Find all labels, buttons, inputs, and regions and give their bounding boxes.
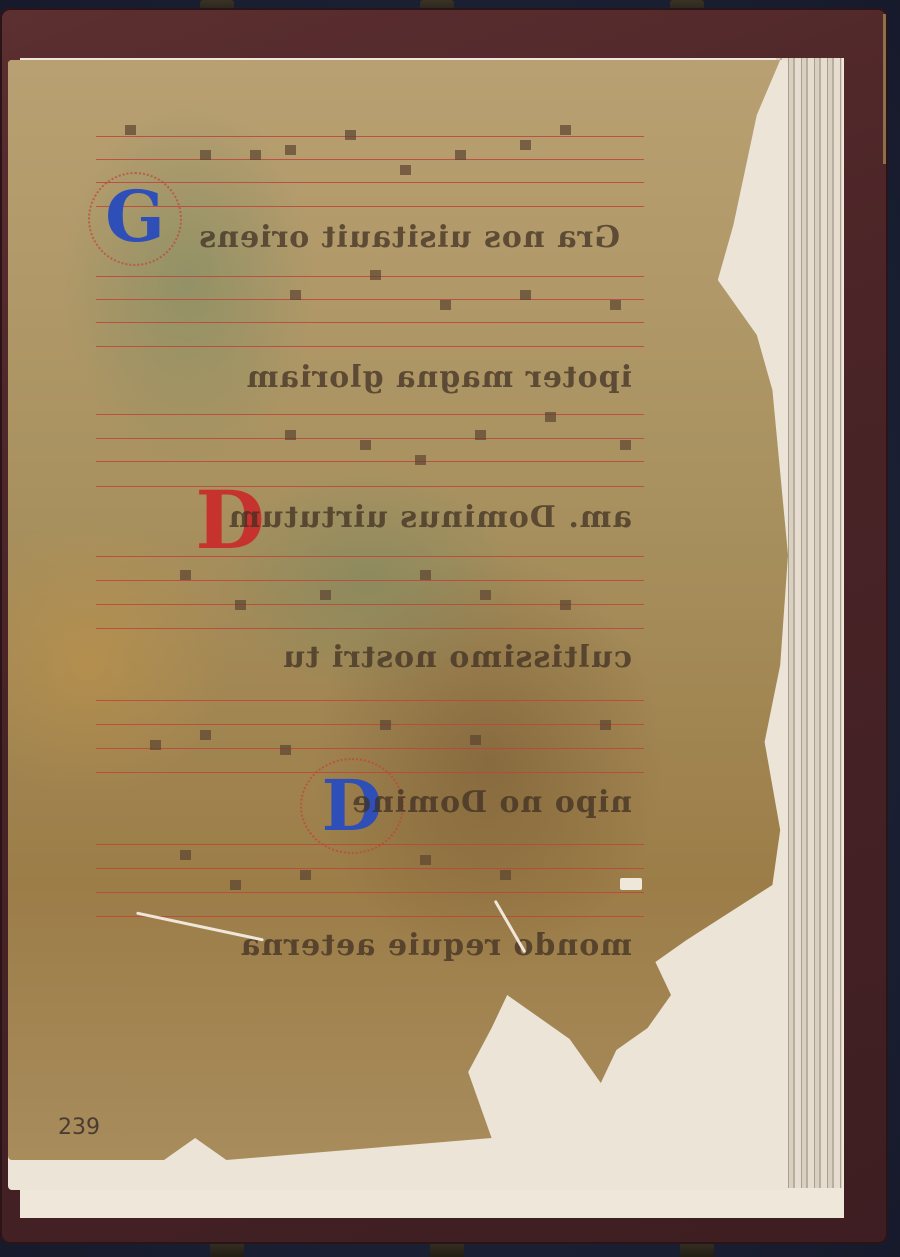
text-line-6: mondo requie aeterna xyxy=(112,928,632,963)
gilt-edge xyxy=(883,14,886,164)
text-line-3: am. Dominus uirtutum xyxy=(112,500,632,535)
text-line-1: Gra nos uisitauit oriens xyxy=(180,220,620,255)
text-line-2: ipoter magna gloriam xyxy=(112,360,632,395)
hole xyxy=(620,878,642,890)
initial-g: G xyxy=(95,180,175,252)
text-line-5: nipo no Domine xyxy=(112,785,632,820)
folio-number: 239 xyxy=(58,1115,100,1140)
text-line-4: cultissimo nostri tu xyxy=(112,640,632,675)
